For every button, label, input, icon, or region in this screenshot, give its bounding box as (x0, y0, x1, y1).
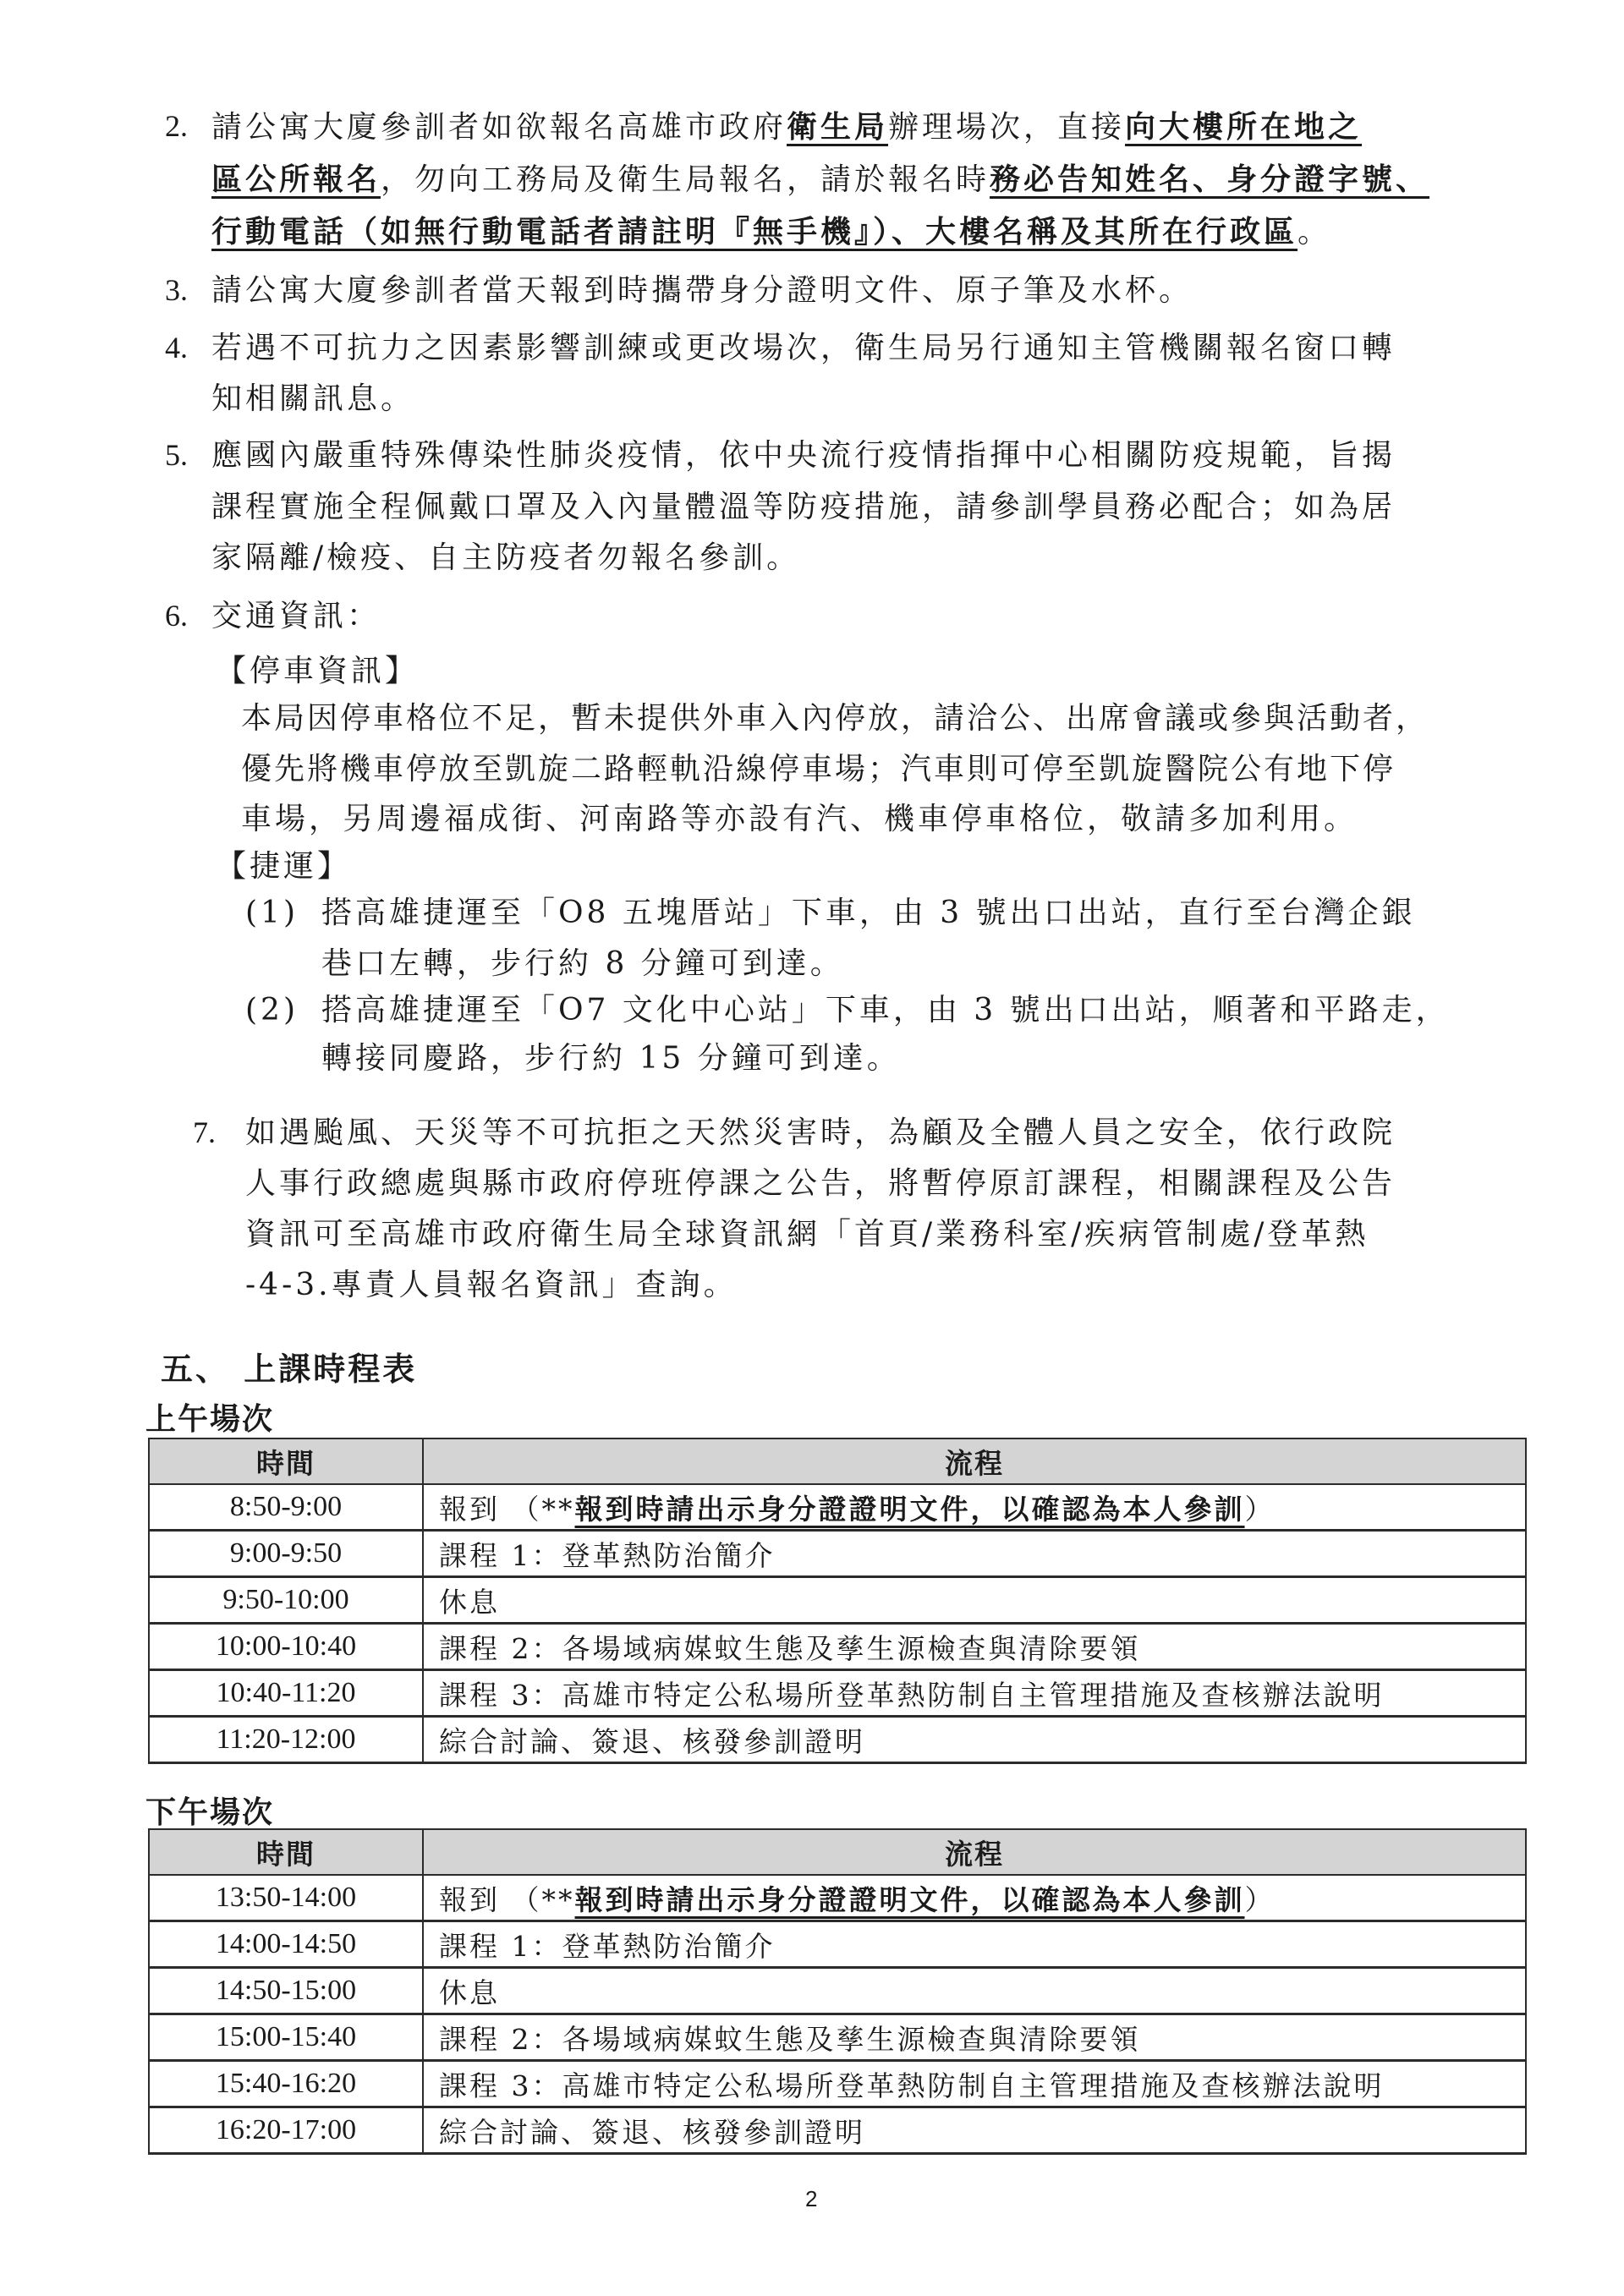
mrt-route-1-line-1: 搭高雄捷運至「O8 五塊厝站」下車，由 3 號出口出站，直行至台灣企銀 (321, 895, 1416, 932)
item-2-line-2: 區公所報名，勿向工務局及衛生局報名，請於報名時務必告知姓名、身分證字號、 (211, 161, 1429, 199)
afternoon-session-title: 下午場次 (145, 1789, 274, 1832)
afternoon-schedule-table: 時間 流程 13:50-14:00 報到 （**報到時請出示身分證證明文件，以確… (148, 1828, 1527, 2155)
time-cell: 13:50-14:00 (149, 1875, 423, 1921)
route-marker: (2) (245, 992, 299, 1029)
table-header-row: 時間 流程 (149, 1829, 1526, 1875)
flow-cell: 課程 3：高雄市特定公私場所登革熱防制自主管理措施及查核辦法說明 (423, 2061, 1526, 2107)
morning-schedule-table: 時間 流程 8:50-9:00 報到 （**報到時請出示身分證證明文件，以確認為… (148, 1438, 1527, 1764)
time-cell: 14:50-15:00 (149, 1968, 423, 2014)
item-7-line-3: 資訊可至高雄市政府衛生局全球資訊網「首頁/業務科室/疾病管制處/登革熱 (245, 1216, 1369, 1253)
emphasis-required-info-cont: 行動電話（如無行動電話者請註明『無手機』）、大樓名稱及其所在行政區 (211, 214, 1298, 249)
table-row: 14:50-15:00 休息 (149, 1968, 1526, 2014)
emphasis-district-office: 區公所報名 (211, 162, 381, 197)
flow-cell: 綜合討論、簽退、核發參訓證明 (423, 1717, 1526, 1763)
item-7-line-4: -4-3.專責人員報名資訊」查詢。 (245, 1267, 738, 1304)
item-2-line-1: 請公寓大廈參訓者如欲報名高雄市政府衛生局辦理場次，直接向大樓所在地之 (211, 108, 1362, 146)
parking-heading: 【停車資訊】 (216, 653, 419, 690)
header-time: 時間 (149, 1829, 423, 1875)
flow-cell: 休息 (423, 1968, 1526, 2014)
flow-cell: 課程 1：登革熱防治簡介 (423, 1531, 1526, 1577)
parking-line-2: 優先將機車停放至凱旋二路輕軌沿線停車場；汽車則可停至凱旋醫院公有地下停 (241, 751, 1396, 788)
time-cell: 15:00-15:40 (149, 2014, 423, 2061)
emphasis-required-info: 務必告知姓名、身分證字號、 (990, 162, 1429, 197)
time-cell: 10:00-10:40 (149, 1624, 423, 1670)
emphasis-id-required: 報到時請出示身分證證明文件，以確認為本人參訓 (575, 1883, 1245, 1916)
time-cell: 14:00-14:50 (149, 1921, 423, 1968)
page-number: 2 (805, 2186, 817, 2212)
flow-cell: 綜合討論、簽退、核發參訓證明 (423, 2107, 1526, 2154)
morning-session-title: 上午場次 (145, 1395, 274, 1438)
text: ，勿向工務局及衛生局報名，請於報名時 (381, 162, 990, 197)
table-row: 15:40-16:20 課程 3：高雄市特定公私場所登革熱防制自主管理措施及查核… (149, 2061, 1526, 2107)
time-cell: 10:40-11:20 (149, 1670, 423, 1717)
item-number: 4. (165, 330, 188, 365)
emphasis-id-required: 報到時請出示身分證證明文件，以確認為本人參訓 (575, 1493, 1245, 1526)
flow-cell: 休息 (423, 1577, 1526, 1624)
time-cell: 8:50-9:00 (149, 1484, 423, 1531)
table-row: 9:00-9:50 課程 1：登革熱防治簡介 (149, 1531, 1526, 1577)
time-cell: 15:40-16:20 (149, 2061, 423, 2107)
flow-cell: 報到 （**報到時請出示身分證證明文件，以確認為本人參訓） (423, 1484, 1526, 1531)
emphasis-register-location: 向大樓所在地之 (1125, 109, 1362, 145)
table-row: 9:50-10:00 休息 (149, 1577, 1526, 1624)
item-5-line-3: 家隔離/檢疫、自主防疫者勿報名參訓。 (211, 540, 800, 577)
item-4-line-2: 知相關訊息。 (211, 381, 414, 418)
mrt-route-1-line-2: 巷口左轉，步行約 8 分鐘可到達。 (321, 945, 844, 983)
item-5-line-2: 課程實施全程佩戴口罩及入內量體溫等防疫措施，請參訓學員務必配合；如為居 (211, 489, 1396, 526)
table-row: 15:00-15:40 課程 2：各場域病媒蚊生態及孳生源檢查與清除要領 (149, 2014, 1526, 2061)
mrt-heading: 【捷運】 (216, 848, 351, 885)
parking-line-3: 車場，另周邊福成街、河南路等亦設有汽、機車停車格位，敬請多加利用。 (241, 801, 1358, 838)
table-row: 11:20-12:00 綜合討論、簽退、核發參訓證明 (149, 1717, 1526, 1763)
header-flow: 流程 (423, 1438, 1526, 1484)
time-cell: 9:00-9:50 (149, 1531, 423, 1577)
text: ） (1245, 1493, 1276, 1526)
table-row: 10:00-10:40 課程 2：各場域病媒蚊生態及孳生源檢查與清除要領 (149, 1624, 1526, 1670)
transport-info-title: 交通資訊： (211, 598, 381, 635)
header-time: 時間 (149, 1438, 423, 1484)
item-7-line-1: 如遇颱風、天災等不可抗拒之天然災害時，為顧及全體人員之安全，依行政院 (245, 1115, 1396, 1152)
item-number: 6. (165, 598, 188, 633)
text: 辦理場次，直接 (888, 110, 1125, 145)
parking-line-1: 本局因停車格位不足，暫未提供外車入內停放，請洽公、出席會議或參與活動者， (241, 700, 1429, 737)
time-cell: 16:20-17:00 (149, 2107, 423, 2154)
header-flow: 流程 (423, 1829, 1526, 1875)
table-row: 10:40-11:20 課程 3：高雄市特定公私場所登革熱防制自主管理措施及查核… (149, 1670, 1526, 1717)
mrt-route-2-line-1: 搭高雄捷運至「O7 文化中心站」下車，由 3 號出口出站，順著和平路走， (321, 992, 1450, 1029)
mrt-route-2-line-2: 轉接同慶路，步行約 15 分鐘可到達。 (321, 1040, 901, 1077)
flow-cell: 課程 3：高雄市特定公私場所登革熱防制自主管理措施及查核辦法說明 (423, 1670, 1526, 1717)
text: 報到 （** (439, 1493, 575, 1526)
table-row: 14:00-14:50 課程 1：登革熱防治簡介 (149, 1921, 1526, 1968)
item-5-line-1: 應國內嚴重特殊傳染性肺炎疫情，依中央流行疫情指揮中心相關防疫規範，旨揭 (211, 437, 1396, 474)
table-row: 13:50-14:00 報到 （**報到時請出示身分證證明文件，以確認為本人參訓… (149, 1875, 1526, 1921)
item-number: 2. (165, 108, 188, 144)
item-7-line-2: 人事行政總處與縣市政府停班停課之公告，將暫停原訂課程，相關課程及公告 (245, 1165, 1396, 1203)
emphasis-health-bureau: 衛生局 (787, 109, 888, 145)
text: 請公寓大廈參訓者如欲報名高雄市政府 (211, 110, 787, 145)
table-row: 16:20-17:00 綜合討論、簽退、核發參訓證明 (149, 2107, 1526, 2154)
item-4-line-1: 若遇不可抗力之因素影響訓練或更改場次，衛生局另行通知主管機關報名窗口轉 (211, 330, 1396, 367)
flow-cell: 報到 （**報到時請出示身分證證明文件，以確認為本人參訓） (423, 1875, 1526, 1921)
route-marker: (1) (245, 895, 299, 932)
table-header-row: 時間 流程 (149, 1438, 1526, 1484)
flow-cell: 課程 1：登革熱防治簡介 (423, 1921, 1526, 1968)
item-number: 7. (193, 1115, 216, 1150)
text: ） (1245, 1883, 1276, 1916)
time-cell: 11:20-12:00 (149, 1717, 423, 1763)
time-cell: 9:50-10:00 (149, 1577, 423, 1624)
text: 報到 （** (439, 1883, 575, 1916)
section-title: 五、 上課時程表 (161, 1343, 417, 1389)
item-3-line-1: 請公寓大廈參訓者當天報到時攜帶身分證明文件、原子筆及水杯。 (211, 272, 1193, 310)
item-2-line-3: 行動電話（如無行動電話者請註明『無手機』）、大樓名稱及其所在行政區。 (211, 213, 1331, 251)
table-row: 8:50-9:00 報到 （**報到時請出示身分證證明文件，以確認為本人參訓） (149, 1484, 1526, 1531)
flow-cell: 課程 2：各場域病媒蚊生態及孳生源檢查與清除要領 (423, 2014, 1526, 2061)
item-number: 3. (165, 272, 188, 308)
flow-cell: 課程 2：各場域病媒蚊生態及孳生源檢查與清除要領 (423, 1624, 1526, 1670)
text: 。 (1298, 215, 1331, 249)
item-number: 5. (165, 437, 188, 473)
